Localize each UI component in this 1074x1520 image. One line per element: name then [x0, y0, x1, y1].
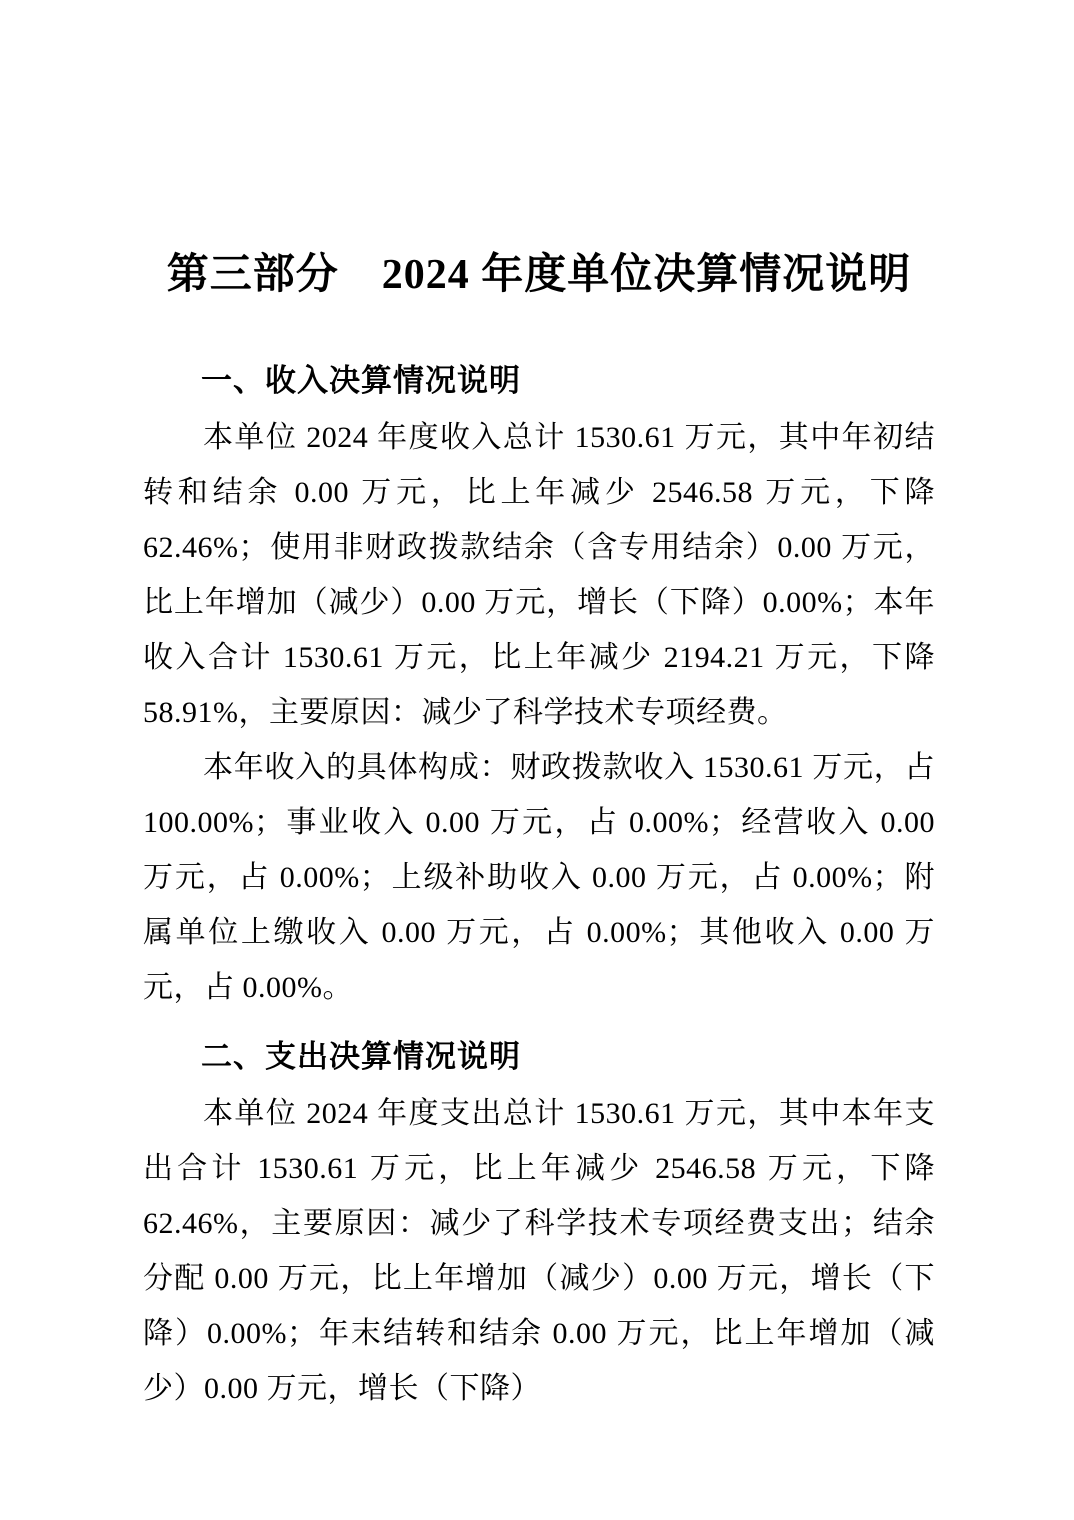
section-heading-expenditure: 二、支出决算情况说明 — [143, 1029, 935, 1084]
document-content: 第三部分 2024 年度单位决算情况说明 一、收入决算情况说明 本单位 2024… — [0, 245, 1074, 1416]
document-page: 第三部分 2024 年度单位决算情况说明 一、收入决算情况说明 本单位 2024… — [0, 0, 1074, 1520]
section-heading-income: 一、收入决算情况说明 — [143, 353, 935, 408]
document-title: 第三部分 2024 年度单位决算情况说明 — [143, 245, 935, 305]
income-paragraph-2: 本年收入的具体构成：财政拨款收入 1530.61 万元，占 100.00%；事业… — [143, 740, 935, 1015]
expenditure-paragraph-1: 本单位 2024 年度支出总计 1530.61 万元，其中本年支出合计 1530… — [143, 1086, 935, 1416]
income-paragraph-1: 本单位 2024 年度收入总计 1530.61 万元，其中年初结转和结余 0.0… — [143, 410, 935, 740]
